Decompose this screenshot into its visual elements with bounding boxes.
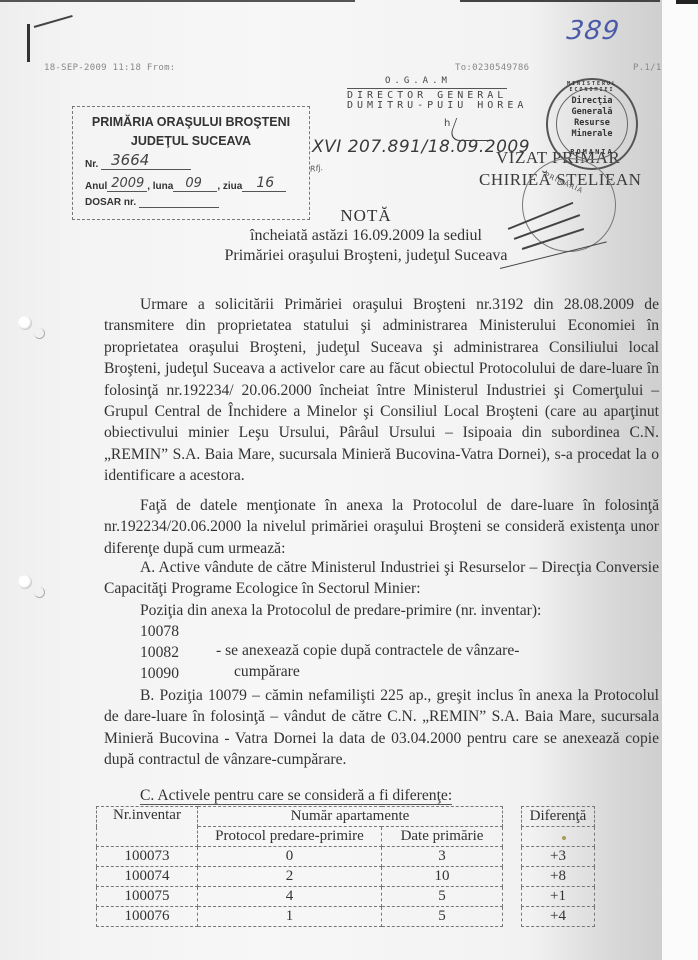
fax-recipient: To:0230549786 [455,63,529,73]
paragraph-text: Urmare a solicitării Primăriei oraşului … [104,294,659,487]
stamp-line: Resurse [548,118,636,129]
scan-edge-mark [676,0,698,4]
header-difference: Diferenţă [522,807,595,827]
inventory-number: 10082 [140,642,179,663]
cell-protocol: 2 [198,867,382,887]
differences-table: Nr.inventar Număr apartamente Diferenţă … [96,806,595,927]
registry-nr-field: 3664 [101,155,191,170]
empty-cell [522,827,595,847]
paragraph-text: Faţă de datele menţionate în anexa la Pr… [104,495,659,559]
header-inventory: Nr.inventar [97,807,198,847]
stamp-line: Generală [548,107,636,118]
cell-inventory: 100073 [97,847,198,867]
stamp-text: PRIMĂRIA [543,171,584,195]
signature-stroke [448,118,497,141]
section-a-position: Poziţia din anexa la Protocolul de preda… [104,600,659,621]
scanned-page: 18-SEP-2009 11:18 From: To:0230549786 P.… [0,0,662,960]
punch-hole [18,575,32,589]
corner-mark [27,24,30,62]
paragraph-request: Urmare a solicitării Primăriei oraşului … [104,294,659,487]
document-title: NOTĂ [0,206,662,226]
cell-inventory: 100074 [97,867,198,887]
registry-day-value: 16 [256,175,274,191]
stamp-ring-text: MINISTERUL ECONOMIEI [548,81,636,93]
section-c: C. Activele pentru care se consideră a f… [104,785,659,806]
cell-town-data: 3 [382,847,503,867]
cell-town-data: 5 [382,887,503,907]
registry-year-label: Anul [85,181,107,192]
registry-day-label: , ziua [217,181,242,192]
ink-dot [562,836,566,840]
top-edge-rule [0,0,355,2]
cell-difference: +4 [522,907,595,927]
registry-year-value: 2009 [111,176,144,191]
cell-protocol: 4 [198,887,382,907]
cell-protocol: 0 [198,847,382,867]
registry-institution: PRIMĂRIA ORAŞULUI BROŞTENI [73,115,309,129]
inventory-number: 10090 [140,663,179,684]
document-subtitle: încheiată astăzi 16.09.2009 la sediul [0,227,662,245]
paragraph-text: B. Poziţia 10079 – cămin nefamilişti 225… [104,685,659,771]
director-annotation-header: O.G.A.M [385,76,451,86]
cell-difference: +1 [522,887,595,907]
stamp-line: Direcţia [548,96,636,107]
fax-timestamp: 18-SEP-2009 11:18 From: [44,63,176,73]
corner-mark [34,15,73,28]
punch-hole [18,316,32,330]
registry-day-field: 16 [242,177,286,192]
handwritten-page-number: 389 [565,16,622,46]
header-town-data: Date primărie [382,827,503,847]
top-edge-rule [460,0,660,2]
table-header-row: Nr.inventar Număr apartamente Diferenţă [97,807,595,827]
cell-inventory: 100075 [97,887,198,907]
paragraph-text: C. Activele pentru care se consideră a f… [140,787,452,805]
cell-town-data: 10 [382,867,503,887]
registry-month-label: , luna [147,181,173,192]
registry-date-row: Anul2009, luna09, ziua16 [85,177,286,192]
ministry-round-stamp: MINISTERUL ECONOMIEI Direcţia Generală R… [546,78,638,170]
registry-county: JUDEŢUL SUCEAVA [73,134,309,148]
cell-difference: +8 [522,867,595,887]
registry-number-row: Nr. 3664 [85,155,191,170]
cell-protocol: 1 [198,907,382,927]
cell-town-data: 5 [382,907,503,927]
punch-hole-shadow [34,328,45,339]
header-apartments: Număr apartamente [198,807,503,827]
page-margin [662,0,698,960]
signature-mark: h [444,118,450,129]
director-annotation-name: DUMITRU-PUIU HOREA [347,100,527,111]
document-subtitle: Primăriei oraşului Broşteni, judeţul Suc… [0,247,662,265]
initials-signature: Rfj. [309,163,323,174]
punch-hole-shadow [34,587,45,598]
stamp-ring-text: ROMANIA [548,148,636,156]
registry-month-field: 09 [173,177,217,192]
stamp-line: Minerale [548,129,636,140]
paragraph-text: A. Active vândute de către Ministerul In… [104,557,659,600]
registry-month-value: 09 [185,176,202,191]
inventory-note: - se anexează copie după contractele de … [216,642,519,660]
table-gap [503,807,522,927]
registry-stamp: PRIMĂRIA ORAŞULUI BROŞTENI JUDEŢUL SUCEA… [72,106,310,220]
inventory-note: cumpărare [234,663,300,681]
registry-year-field: 2009 [107,177,147,192]
fax-page-number: P.1/1 [633,63,662,73]
cell-inventory: 100076 [97,907,198,927]
header-protocol: Protocol predare-primire [198,827,382,847]
registry-nr-label: Nr. [85,159,98,170]
inventory-number: 10078 [140,621,179,642]
cell-difference: +3 [522,847,595,867]
paragraph-differences: Faţă de datele menţionate în anexa la Pr… [104,495,659,559]
paragraph-text: Poziţia din anexa la Protocolul de preda… [104,600,659,621]
section-a: A. Active vândute de către Ministerul In… [104,557,659,600]
section-b: B. Poziţia 10079 – cămin nefamilişti 225… [104,685,659,771]
registry-nr-value: 3664 [111,151,149,169]
